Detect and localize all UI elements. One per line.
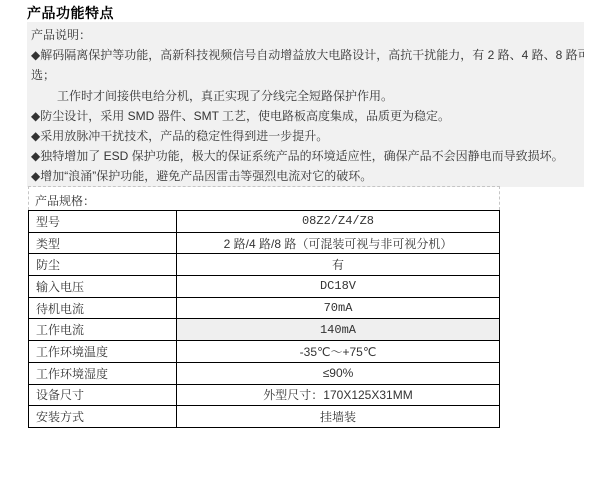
table-row: 设备尺寸 外型尺寸：170X125X31MM (29, 384, 500, 406)
table-row: 防尘 有 (29, 254, 500, 276)
spec-label-device-size: 设备尺寸 (29, 384, 177, 406)
spec-section-frame: 产品规格： (28, 186, 500, 210)
spec-value-working-current: 140mA (177, 319, 500, 341)
spec-value-type: 2 路/4 路/8 路（可混装可视与非可视分机） (177, 232, 500, 254)
spec-value-standby-current: 70mA (177, 297, 500, 319)
spec-label-input-voltage: 输入电压 (29, 276, 177, 298)
feature-line: ◆解码隔离保护等功能，高新科技视频信号自动增益放大电路设计，高抗干扰能力，有 2… (31, 45, 584, 65)
spec-label-dustproof: 防尘 (29, 254, 177, 276)
table-row: 待机电流 70mA (29, 297, 500, 319)
feature-line: ◆采用放脉冲干扰技术，产品的稳定性得到进一步提升。 (31, 126, 584, 146)
spec-value-input-voltage: DC18V (177, 276, 500, 298)
spec-value-model: 08Z2/Z4/Z8 (177, 211, 500, 233)
spec-label-working-temperature: 工作环境温度 (29, 341, 177, 363)
spec-label-mounting: 安装方式 (29, 406, 177, 428)
page-title: 产品功能特点 (27, 3, 114, 23)
table-row: 工作电流 140mA (29, 319, 500, 341)
spec-table: 型号 08Z2/Z4/Z8 类型 2 路/4 路/8 路（可混装可视与非可视分机… (28, 210, 500, 428)
feature-line: ◆增加“浪涌”保护功能，避免产品因雷击等强烈电流对它的破环。 (31, 166, 584, 186)
product-spec-page: 产品功能特点 产品说明： ◆解码隔离保护等功能，高新科技视频信号自动增益放大电路… (0, 0, 616, 478)
description-heading: 产品说明： (31, 25, 584, 45)
product-description-section: 产品说明： ◆解码隔离保护等功能，高新科技视频信号自动增益放大电路设计，高抗干扰… (27, 22, 584, 187)
table-row: 安装方式 挂墙装 (29, 406, 500, 428)
feature-line: 选； (31, 65, 584, 85)
feature-line: ◆独特增加了 ESD 保护功能，极大的保证系统产品的环境适应性，确保产品不会因静… (31, 146, 584, 166)
spec-value-working-temperature: -35℃～+75℃ (177, 341, 500, 363)
spec-label-type: 类型 (29, 232, 177, 254)
spec-value-working-humidity: ≤90% (177, 362, 500, 384)
feature-line: ◆防尘设计，采用 SMD 器件、SMT 工艺，使电路板高度集成，品质更为稳定。 (31, 106, 584, 126)
table-row: 型号 08Z2/Z4/Z8 (29, 211, 500, 233)
table-row: 工作环境湿度 ≤90% (29, 362, 500, 384)
spec-value-dustproof: 有 (177, 254, 500, 276)
table-row: 工作环境温度 -35℃～+75℃ (29, 341, 500, 363)
spec-label-working-humidity: 工作环境湿度 (29, 362, 177, 384)
spec-label-model: 型号 (29, 211, 177, 233)
table-row: 输入电压 DC18V (29, 276, 500, 298)
spec-label-standby-current: 待机电流 (29, 297, 177, 319)
feature-line: 工作时才间接供电给分机，真正实现了分线完全短路保护作用。 (31, 86, 584, 106)
spec-label-working-current: 工作电流 (29, 319, 177, 341)
table-row: 类型 2 路/4 路/8 路（可混装可视与非可视分机） (29, 232, 500, 254)
spec-value-mounting: 挂墙装 (177, 406, 500, 428)
spec-heading: 产品规格： (29, 187, 499, 209)
spec-value-device-size: 外型尺寸：170X125X31MM (177, 384, 500, 406)
